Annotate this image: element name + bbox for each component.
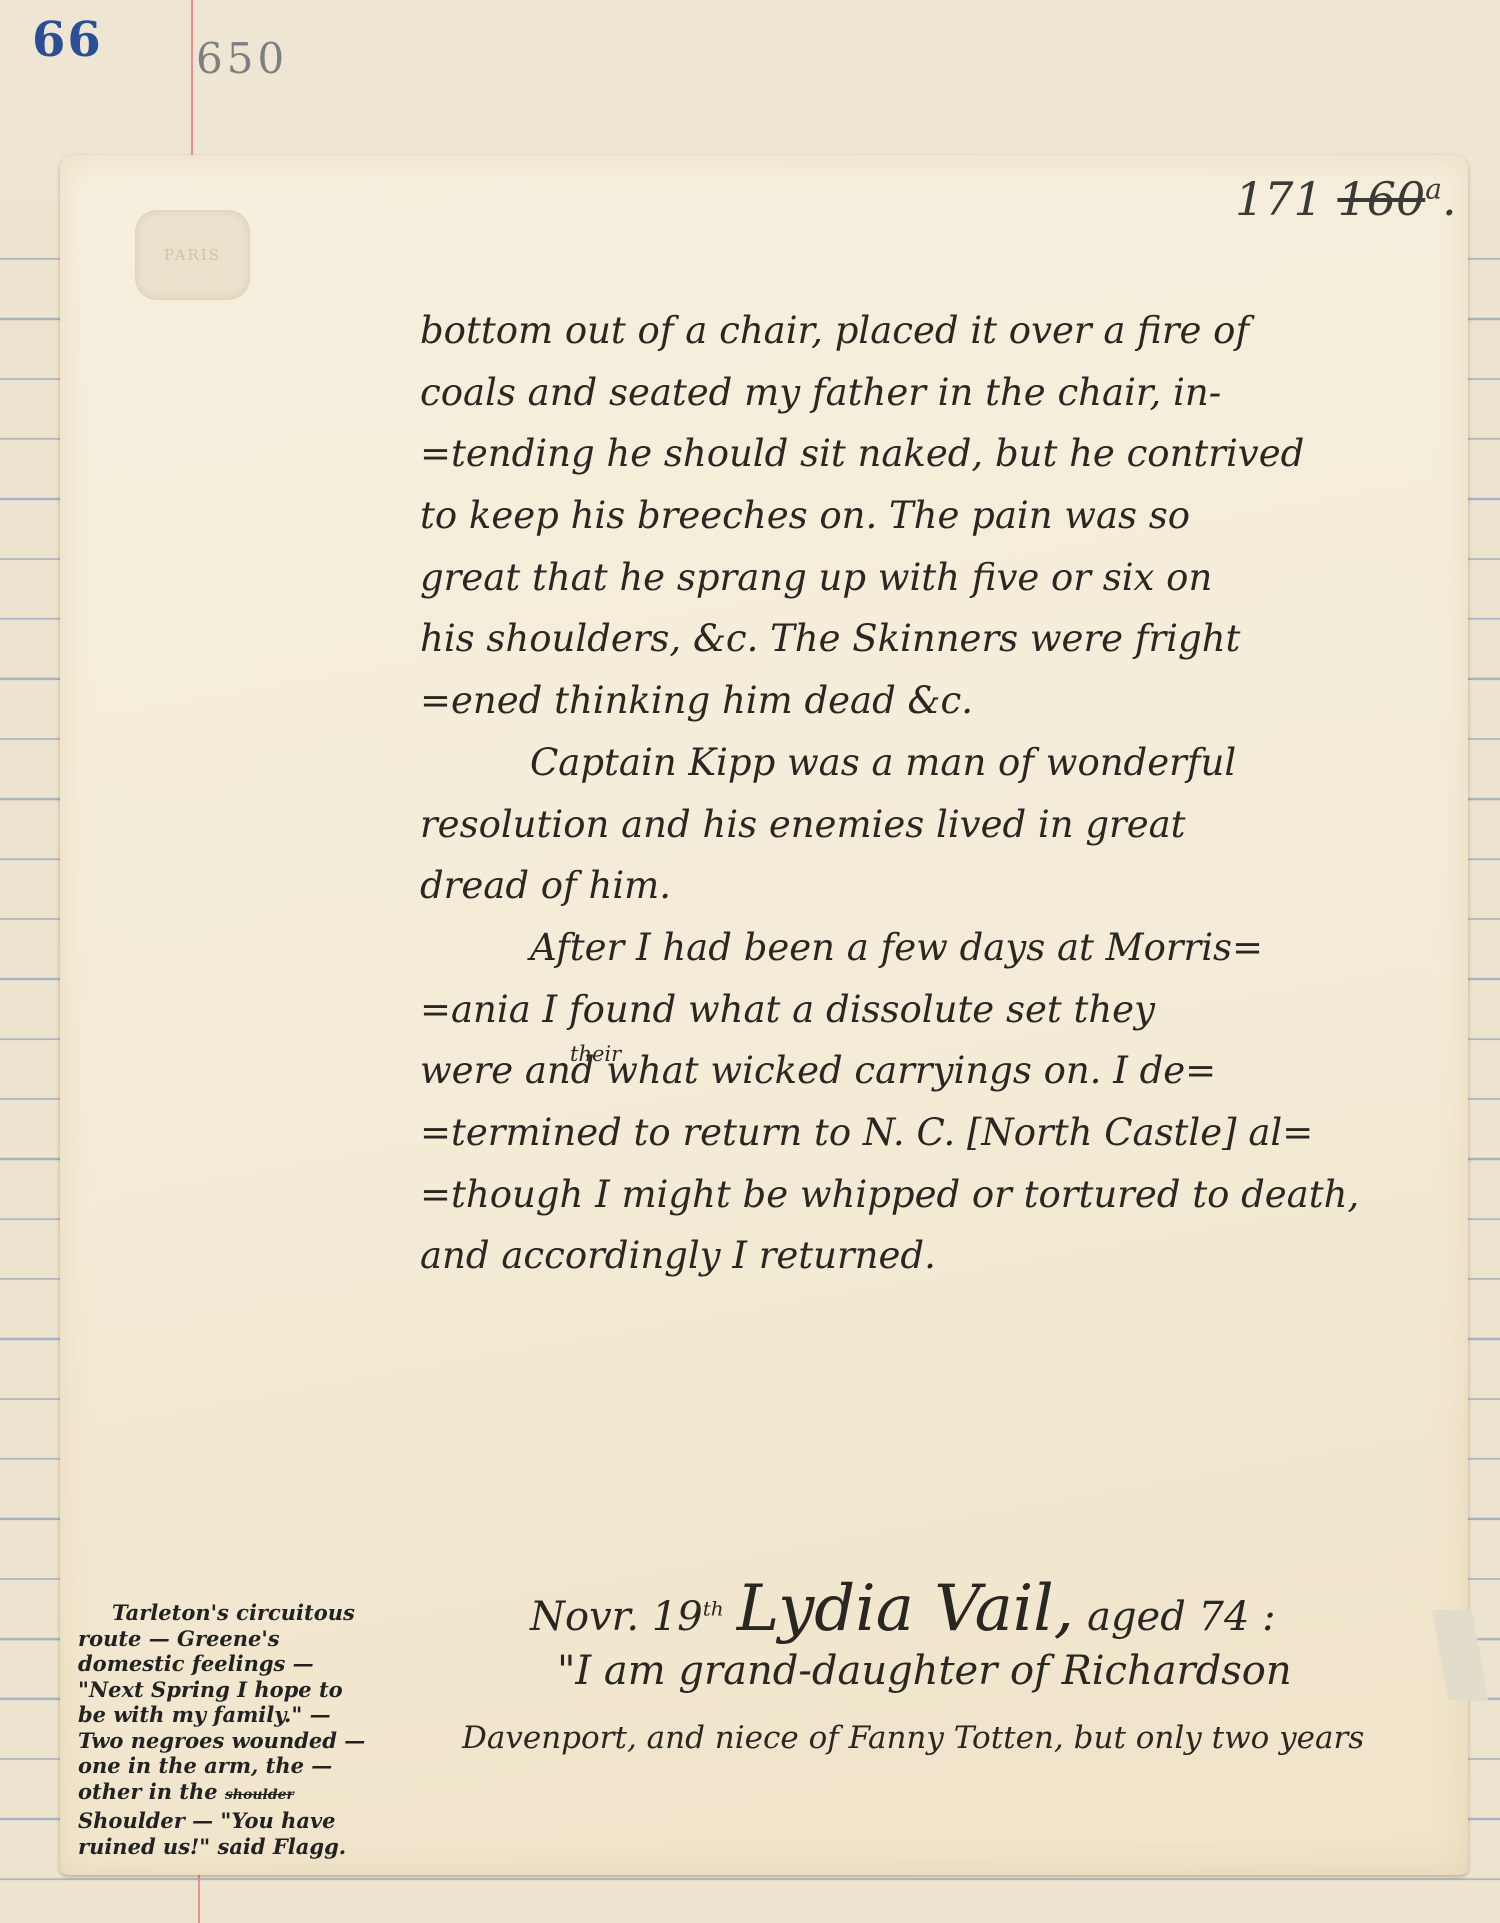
embossed-paris-stamp: PARIS bbox=[135, 210, 250, 300]
text-line: and accordingly I returned. bbox=[420, 1225, 1460, 1287]
folio-number-blue: 66 bbox=[32, 12, 103, 68]
margin-note-line: one in the arm, the — bbox=[78, 1753, 438, 1779]
entry-heading: Novr. 19th Lydia Vail, aged 74 : bbox=[530, 1572, 1276, 1646]
text-line: coals and seated my father in the chair,… bbox=[420, 362, 1460, 424]
entry-date-suffix: th bbox=[703, 1597, 724, 1621]
manuscript-body: bottom out of a chair, placed it over a … bbox=[420, 300, 1460, 1287]
text-line: great that he sprang up with five or six… bbox=[420, 547, 1460, 609]
margin-note-line: route — Greene's bbox=[78, 1626, 438, 1652]
margin-note-line: Two negroes wounded — bbox=[78, 1728, 438, 1754]
margin-note-line: Shoulder — "You have bbox=[78, 1808, 438, 1834]
text-line: their were and what wicked carryings on.… bbox=[420, 1040, 1460, 1102]
text-line: resolution and his enemies lived in grea… bbox=[420, 794, 1460, 856]
text-line: to keep his breeches on. The pain was so bbox=[420, 485, 1460, 547]
margin-note-struck-word: shoulder bbox=[225, 1787, 294, 1803]
folio-number-stamped: 650 bbox=[196, 34, 288, 83]
entry-date: Novr. 19th bbox=[530, 1594, 724, 1640]
margin-note-line: Tarleton's circuitous bbox=[78, 1600, 438, 1626]
margin-note-text: other in the bbox=[78, 1779, 218, 1804]
card-page-number: 171 160a. bbox=[1235, 172, 1457, 226]
text-line: dread of him. bbox=[420, 855, 1460, 917]
stamp-text: PARIS bbox=[164, 246, 221, 264]
margin-note-line: "Next Spring I hope to bbox=[78, 1677, 438, 1703]
entry-line-2: Davenport, and niece of Fanny Totten, bu… bbox=[462, 1720, 1472, 1756]
red-margin-line-bottom bbox=[198, 1875, 200, 1923]
page-number-suffix: a bbox=[1425, 173, 1442, 206]
text-line: After I had been a few days at Morris= bbox=[420, 917, 1460, 979]
page-number-current: 171 bbox=[1235, 172, 1323, 226]
text-line: =termined to return to N. C. [North Cast… bbox=[420, 1102, 1460, 1164]
entry-age: aged 74 : bbox=[1087, 1594, 1276, 1640]
margin-note-line: be with my family." — bbox=[78, 1702, 438, 1728]
text-line: =tending he should sit naked, but he con… bbox=[420, 423, 1460, 485]
entry-line-1: "I am grand-daughter of Richardson bbox=[462, 1648, 1472, 1720]
text-line-content: were and what wicked carryings on. I de= bbox=[420, 1049, 1216, 1092]
entry-name: Lydia Vail, bbox=[737, 1572, 1074, 1646]
entry-date-text: Novr. 19 bbox=[530, 1594, 703, 1640]
text-line: =though I might be whipped or tortured t… bbox=[420, 1164, 1460, 1226]
margin-note-line: domestic feelings — bbox=[78, 1651, 438, 1677]
text-line: his shoulders, &c. The Skinners were fri… bbox=[420, 608, 1460, 670]
page-number-struck: 160 bbox=[1337, 172, 1425, 226]
text-line: Captain Kipp was a man of wonderful bbox=[420, 732, 1460, 794]
margin-note: Tarleton's circuitous route — Greene's d… bbox=[78, 1600, 438, 1859]
margin-note-line: ruined us!" said Flagg. bbox=[78, 1834, 438, 1860]
text-line: =ened thinking him dead &c. bbox=[420, 670, 1460, 732]
red-margin-line-top bbox=[191, 0, 193, 158]
entry-text: "I am grand-daughter of Richardson Daven… bbox=[462, 1648, 1472, 1756]
interlinear-insert: their bbox=[570, 1024, 621, 1086]
margin-note-line: other in the shoulder bbox=[78, 1779, 438, 1809]
text-line: bottom out of a chair, placed it over a … bbox=[420, 300, 1460, 362]
